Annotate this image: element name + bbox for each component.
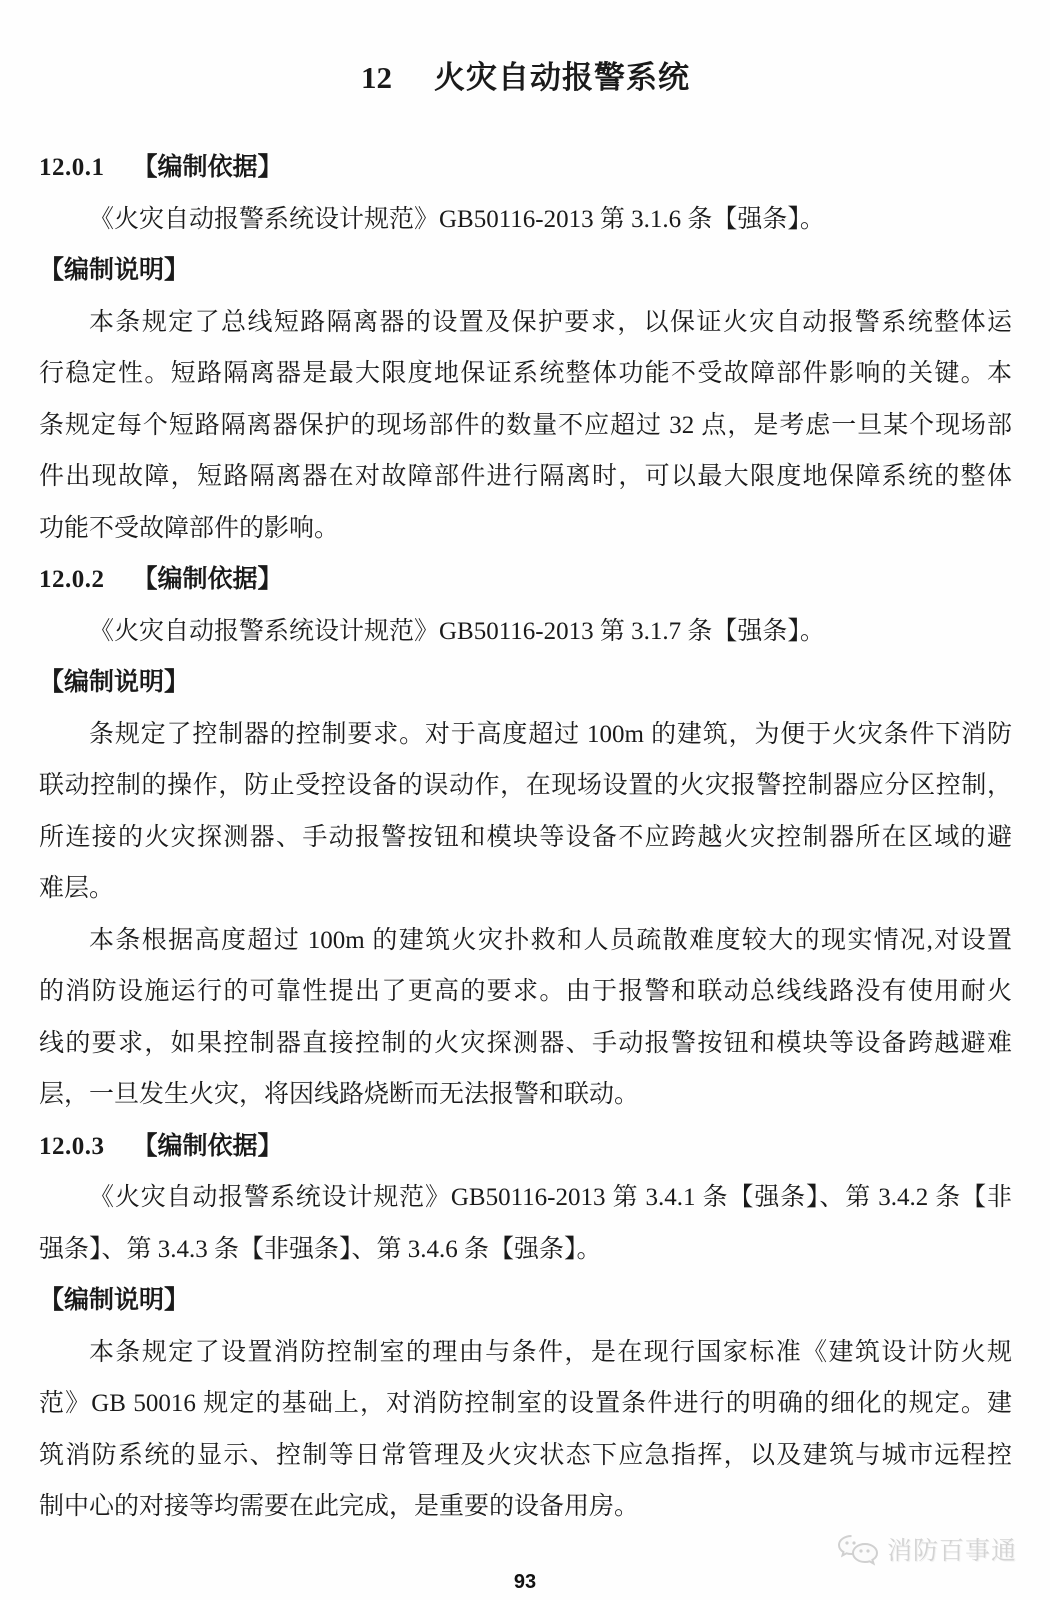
paragraph-line: 行稳定性。短路隔离器是最大限度地保证系统整体功能不受故障部件影响的关键。本 <box>39 348 1012 400</box>
chapter-number: 12 <box>361 60 392 95</box>
paragraph-line: 范》GB 50016 规定的基础上，对消防控制室的设置条件进行的明确的细化的规定… <box>39 1378 1012 1430</box>
paragraph-line: 本条根据高度超过 100m 的建筑火灾扑救和人员疏散难度较大的现实情况,对设置 <box>39 915 1012 967</box>
wechat-icon <box>835 1534 879 1568</box>
citation-line: 《火灾自动报警系统设计规范》GB50116-2013 第 3.4.1 条【强条】… <box>39 1172 1012 1224</box>
paragraph-line: 难层。 <box>39 863 1012 915</box>
paragraph-line: 条规定了控制器的控制要求。对于高度超过 100m 的建筑，为便于火灾条件下消防 <box>39 709 1012 761</box>
paragraph-line: 筑消防系统的显示、控制等日常管理及火灾状态下应急指挥，以及建筑与城市远程控 <box>39 1430 1012 1482</box>
section-heading: 12.0.3【编制依据】 <box>39 1121 1012 1173</box>
paragraph-line: 条规定每个短路隔离器保护的现场部件的数量不应超过 32 点，是考虑一旦某个现场部 <box>39 400 1012 452</box>
explanation-label: 【编制说明】 <box>39 245 1012 297</box>
section-heading: 12.0.2【编制依据】 <box>39 554 1012 606</box>
section-heading-label: 【编制依据】 <box>133 1133 283 1160</box>
paragraph-line: 联动控制的操作，防止受控设备的误动作，在现场设置的火灾报警控制器应分区控制， <box>39 760 1012 812</box>
paragraph-line: 制中心的对接等均需要在此完成，是重要的设备用房。 <box>39 1481 1012 1533</box>
explanation-label: 【编制说明】 <box>39 657 1012 709</box>
section-heading-label: 【编制依据】 <box>133 154 283 181</box>
paragraph-line: 层，一旦发生火灾，将因线路烧断而无法报警和联动。 <box>39 1069 1012 1121</box>
document-page: 12火灾自动报警系统 12.0.1【编制依据】《火灾自动报警系统设计规范》GB5… <box>0 0 1050 1600</box>
section-heading-label: 【编制依据】 <box>133 566 283 593</box>
citation-line: 强条】、第 3.4.3 条【非强条】、第 3.4.6 条【强条】。 <box>39 1224 1012 1276</box>
section-number: 12.0.2 <box>39 566 105 593</box>
explanation-label: 【编制说明】 <box>39 1275 1012 1327</box>
citation-line: 《火灾自动报警系统设计规范》GB50116-2013 第 3.1.6 条【强条】… <box>39 194 1012 246</box>
paragraph-line: 线的要求，如果控制器直接控制的火灾探测器、手动报警按钮和模块等设备跨越避难 <box>39 1018 1012 1070</box>
section-number: 12.0.1 <box>39 154 105 181</box>
paragraph-line: 件出现故障，短路隔离器在对故障部件进行隔离时，可以最大限度地保障系统的整体 <box>39 451 1012 503</box>
chapter-title-text: 火灾自动报警系统 <box>434 60 690 95</box>
chapter-title: 12火灾自动报警系统 <box>39 54 1012 102</box>
paragraph-line: 本条规定了设置消防控制室的理由与条件，是在现行国家标准《建筑设计防火规 <box>39 1327 1012 1379</box>
citation-line: 《火灾自动报警系统设计规范》GB50116-2013 第 3.1.7 条【强条】… <box>39 606 1012 658</box>
watermark-text: 消防百事通 <box>887 1534 1017 1568</box>
paragraph-line: 本条规定了总线短路隔离器的设置及保护要求，以保证火灾自动报警系统整体运 <box>39 297 1012 349</box>
page-number: 93 <box>0 1571 1050 1594</box>
watermark: 消防百事通 <box>835 1534 1017 1568</box>
section-heading: 12.0.1【编制依据】 <box>39 142 1012 194</box>
paragraph-line: 所连接的火灾探测器、手动报警按钮和模块等设备不应跨越火灾控制器所在区域的避 <box>39 812 1012 864</box>
paragraph-line: 功能不受故障部件的影响。 <box>39 503 1012 555</box>
document-content: 12.0.1【编制依据】《火灾自动报警系统设计规范》GB50116-2013 第… <box>39 142 1012 1533</box>
paragraph-line: 的消防设施运行的可靠性提出了更高的要求。由于报警和联动总线线路没有使用耐火 <box>39 966 1012 1018</box>
section-number: 12.0.3 <box>39 1133 105 1160</box>
